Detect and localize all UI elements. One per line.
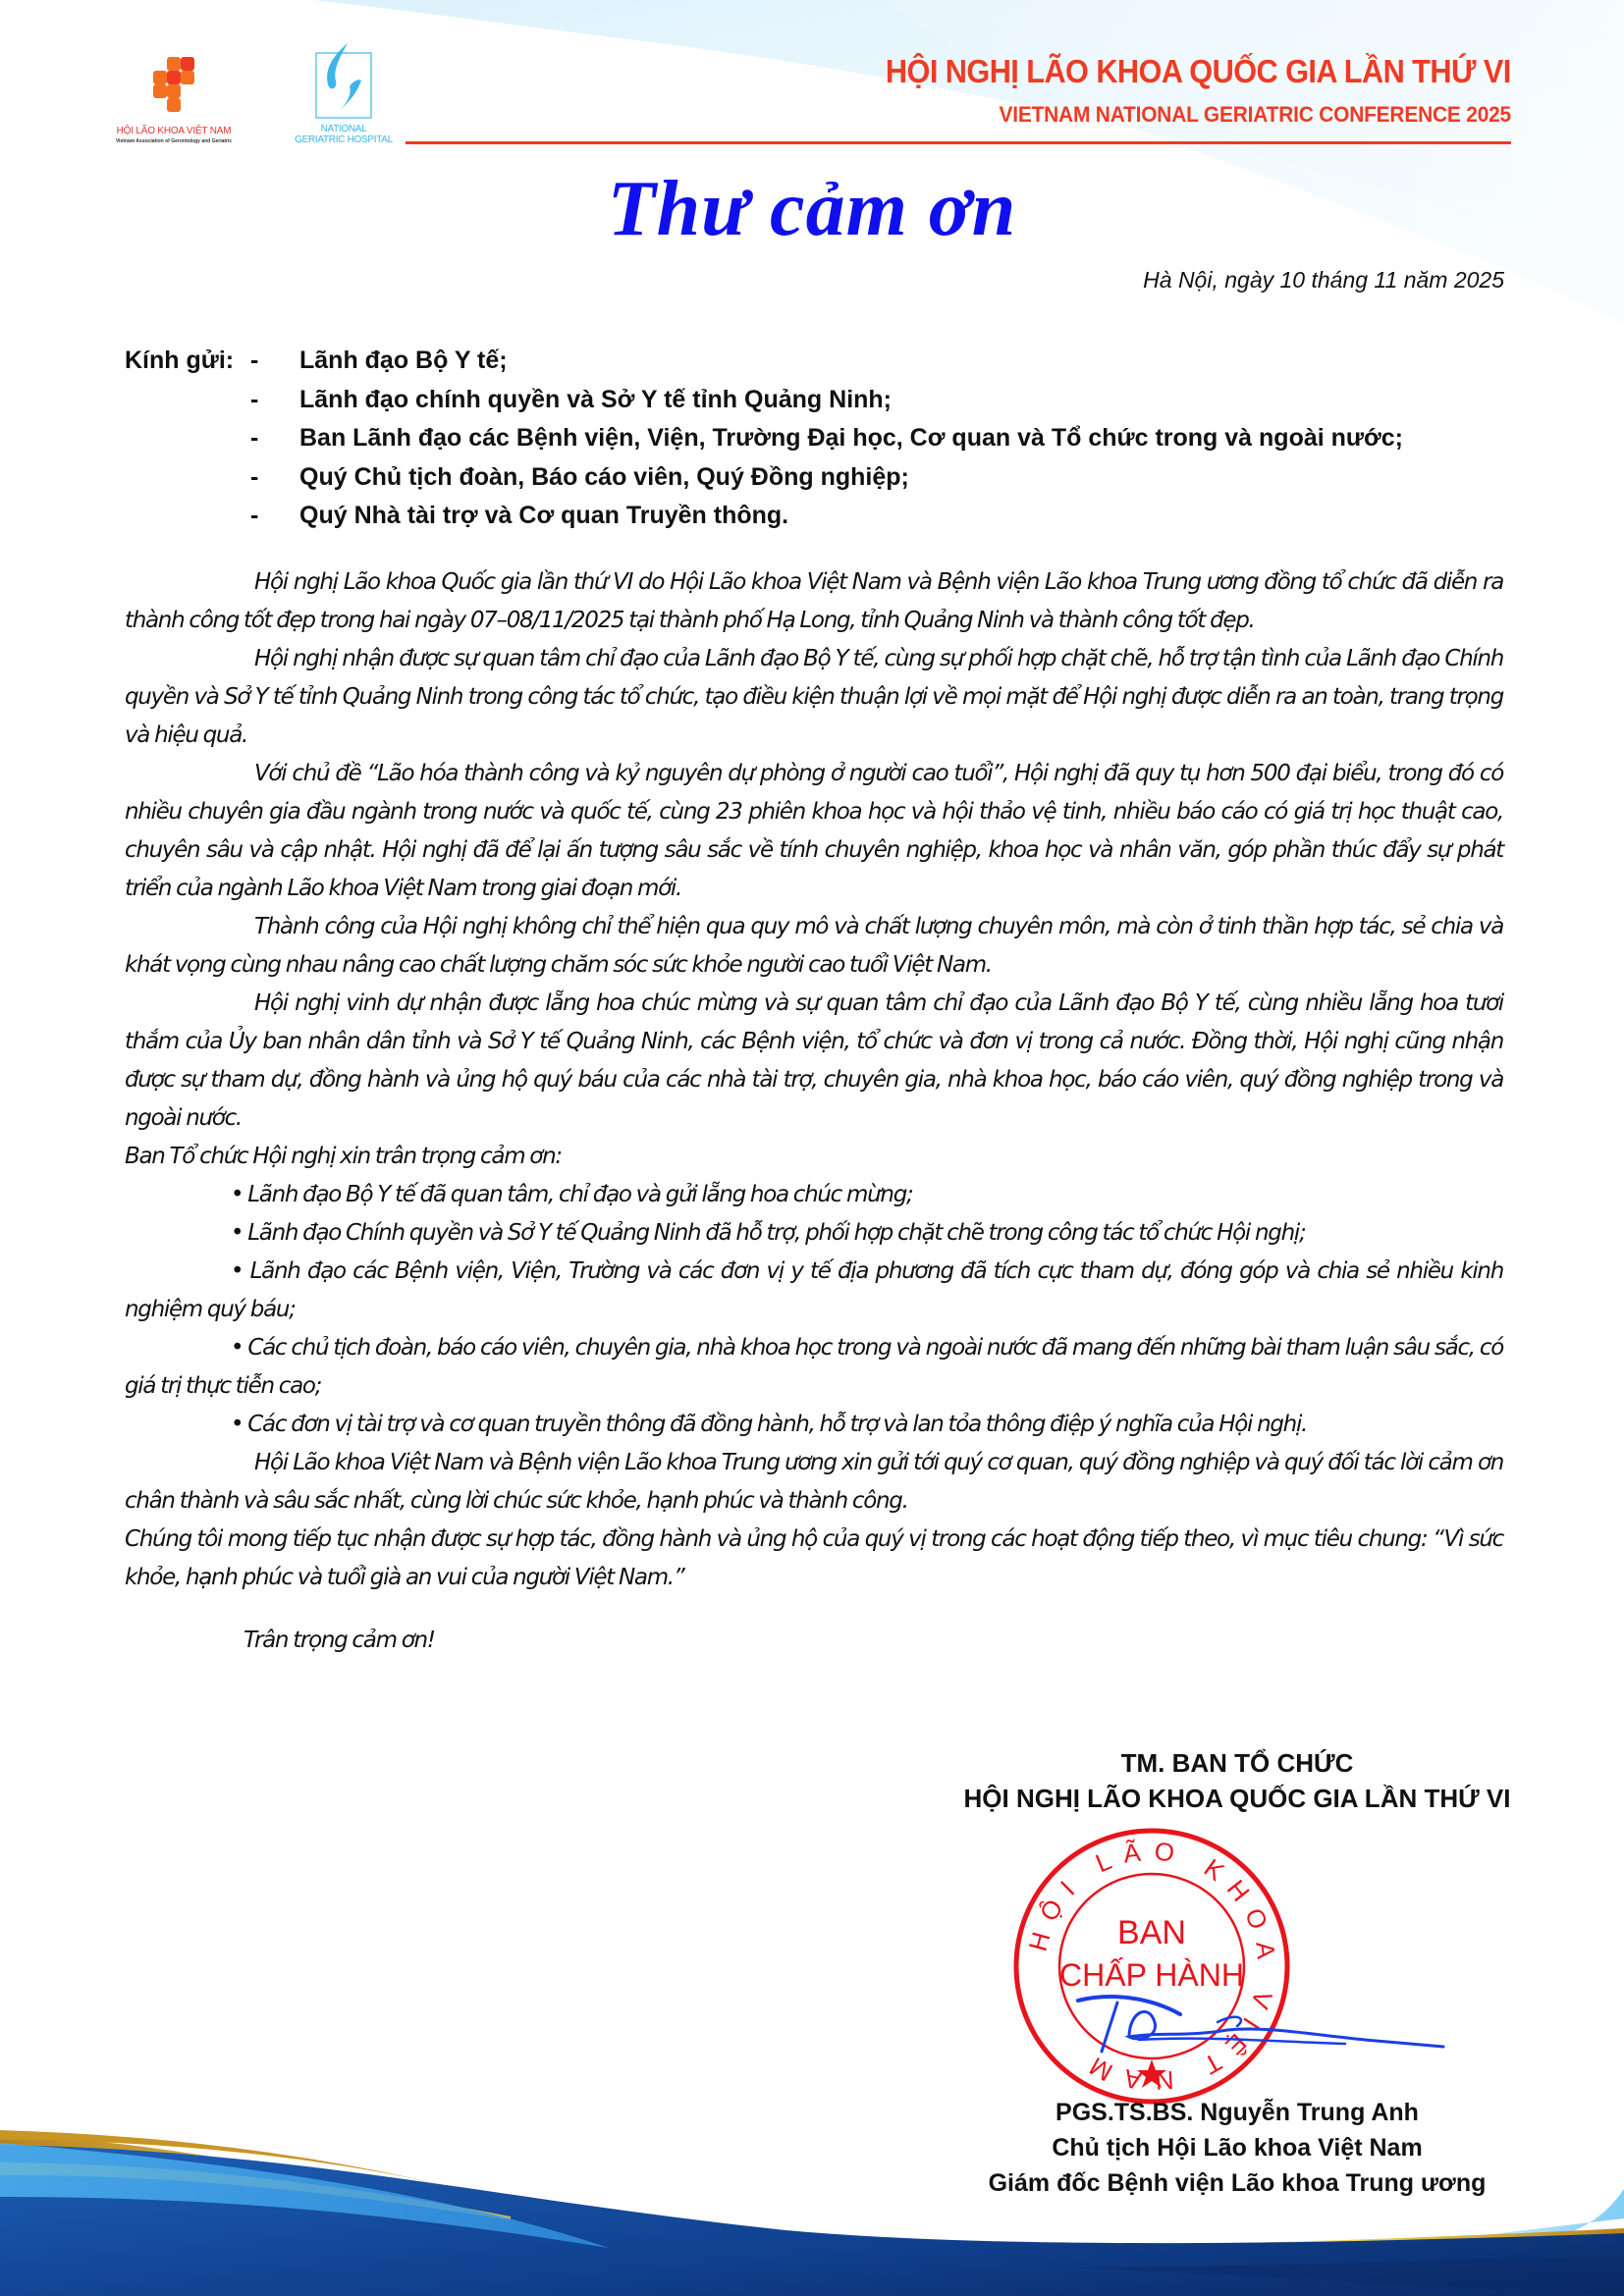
recipient-row: - Lãnh đạo chính quyền và Sở Y tế tỉnh Q… bbox=[125, 385, 1539, 424]
thanks-item-text: Lãnh đạo các Bệnh viện, Viện, Trường và … bbox=[125, 1258, 1503, 1322]
signer-block: PGS.TS.BS. Nguyễn Trung Anh Chủ tịch Hội… bbox=[923, 2095, 1551, 2201]
recipient-item: Quý Nhà tài trợ và Cơ quan Truyền thông. bbox=[299, 501, 788, 530]
header-divider bbox=[406, 141, 1511, 144]
final-paragraph-2: Chúng tôi mong tiếp tục nhận được sự hợp… bbox=[125, 1521, 1503, 1597]
body-paragraph: Hội nghị Lão khoa Quốc gia lần thứ VI do… bbox=[125, 563, 1503, 640]
national-geriatric-hospital-logo: NATIONAL GERIATRIC HOSPITAL bbox=[295, 41, 393, 149]
hospital-logo-name-line2: GERIATRIC HOSPITAL bbox=[295, 134, 393, 145]
vagg-logo-name: HỘI LÃO KHOA VIỆT NAM bbox=[110, 126, 238, 136]
bullet-marker: • bbox=[231, 1335, 243, 1361]
recipient-marker: - bbox=[250, 346, 258, 375]
hospital-logo-name: NATIONAL GERIATRIC HOSPITAL bbox=[295, 124, 393, 145]
recipient-row: - Quý Nhà tài trợ và Cơ quan Truyền thôn… bbox=[125, 501, 1539, 540]
vagg-logo: HỘI LÃO KHOA VIỆT NAM Vietnam Associatio… bbox=[110, 57, 238, 145]
thanks-item: • Lãnh đạo Bộ Y tế đã quan tâm, chỉ đạo … bbox=[125, 1176, 1503, 1214]
recipient-item: Lãnh đạo Bộ Y tế; bbox=[299, 346, 508, 375]
recipient-marker: - bbox=[250, 501, 258, 530]
vagg-logo-subtitle: Vietnam Association of Gerontology and G… bbox=[110, 138, 238, 144]
body-paragraph: Thành công của Hội nghị không chỉ thể hi… bbox=[125, 908, 1503, 985]
bullet-marker: • bbox=[231, 1412, 243, 1437]
thanks-item: • Lãnh đạo Chính quyền và Sở Y tế Quảng … bbox=[125, 1214, 1503, 1253]
thanks-item-text: Các chủ tịch đoàn, báo cáo viên, chuyên … bbox=[125, 1335, 1503, 1399]
recipient-row: - Ban Lãnh đạo các Bệnh viện, Viện, Trườ… bbox=[125, 423, 1539, 462]
stamp-center-line1: BAN bbox=[1117, 1914, 1186, 1951]
letter-title: Thư cảm ơn bbox=[0, 165, 1624, 254]
letter-date: Hà Nội, ngày 10 tháng 11 năm 2025 bbox=[1143, 267, 1504, 294]
body-paragraph: Hội nghị vinh dự nhận được lẵng hoa chúc… bbox=[125, 985, 1503, 1138]
body-paragraph: Với chủ đề “Lão hóa thành công và kỷ ngu… bbox=[125, 755, 1503, 908]
recipient-marker: - bbox=[250, 462, 258, 492]
thanks-item: • Các đơn vị tài trợ và cơ quan truyền t… bbox=[125, 1406, 1503, 1444]
organization-line: HỘI NGHỊ LÃO KHOA QUỐC GIA LẦN THỨ VI bbox=[923, 1781, 1551, 1816]
hospital-swirl-logo-icon bbox=[314, 41, 373, 120]
signer-name: PGS.TS.BS. Nguyễn Trung Anh bbox=[923, 2095, 1551, 2130]
recipient-item: Lãnh đạo chính quyền và Sở Y tế tỉnh Quả… bbox=[299, 385, 892, 414]
thanks-item-text: Lãnh đạo Chính quyền và Sở Y tế Quảng Ni… bbox=[247, 1220, 1305, 1246]
vagg-cross-logo-icon bbox=[147, 57, 202, 112]
recipient-marker: - bbox=[250, 423, 258, 453]
bullet-marker: • bbox=[231, 1220, 243, 1246]
final-paragraph: Hội Lão khoa Việt Nam và Bệnh viện Lão k… bbox=[125, 1444, 1503, 1521]
body-paragraph: Hội nghị nhận được sự quan tâm chỉ đạo c… bbox=[125, 640, 1503, 755]
thanks-item: • Các chủ tịch đoàn, báo cáo viên, chuyê… bbox=[125, 1329, 1503, 1406]
official-stamp: HỘI LÃO KHOA VIỆT NAM BAN CHẤP HÀNH bbox=[1009, 1824, 1294, 2109]
recipient-marker: - bbox=[250, 385, 258, 414]
conference-subtitle: VIETNAM NATIONAL GERIATRIC CONFERENCE 20… bbox=[999, 102, 1511, 128]
thanks-item-text: Lãnh đạo Bộ Y tế đã quan tâm, chỉ đạo và… bbox=[247, 1182, 912, 1207]
bullet-marker: • bbox=[231, 1258, 243, 1284]
thanks-intro: Ban Tổ chức Hội nghị xin trân trọng cảm … bbox=[125, 1138, 1503, 1176]
signer-title-1: Chủ tịch Hội Lão khoa Việt Nam bbox=[923, 2130, 1551, 2165]
recipients-list: Kính gửi: - Lãnh đạo Bộ Y tế; - Lãnh đạo… bbox=[125, 346, 1539, 540]
recipient-row: - Quý Chủ tịch đoàn, Báo cáo viên, Quý Đ… bbox=[125, 462, 1539, 502]
hospital-logo-name-line1: NATIONAL bbox=[295, 124, 393, 134]
letter-body: Hội nghị Lão khoa Quốc gia lần thứ VI do… bbox=[125, 563, 1503, 1660]
signature-heading: TM. BAN TỔ CHỨC HỘI NGHỊ LÃO KHOA QUỐC G… bbox=[923, 1745, 1551, 1816]
bullet-marker: • bbox=[231, 1182, 243, 1207]
closing-line: Trân trọng cảm ơn! bbox=[125, 1622, 1503, 1660]
signer-title-2: Giám đốc Bệnh viện Lão khoa Trung ương bbox=[923, 2165, 1551, 2201]
thanks-item-text: Các đơn vị tài trợ và cơ quan truyền thô… bbox=[247, 1412, 1307, 1437]
conference-title: HỘI NGHỊ LÃO KHOA QUỐC GIA LẦN THỨ VI bbox=[886, 53, 1511, 90]
recipient-item: Quý Chủ tịch đoàn, Báo cáo viên, Quý Đồn… bbox=[299, 462, 909, 492]
stamp-center-line2: CHẤP HÀNH bbox=[1059, 1957, 1244, 1993]
handwritten-signature bbox=[1070, 1993, 1453, 2061]
thanks-item: • Lãnh đạo các Bệnh viện, Viện, Trường v… bbox=[125, 1253, 1503, 1329]
recipients-label: Kính gửi: bbox=[125, 346, 234, 375]
on-behalf-line: TM. BAN TỔ CHỨC bbox=[923, 1745, 1551, 1781]
recipient-row: Kính gửi: - Lãnh đạo Bộ Y tế; bbox=[125, 346, 1539, 385]
recipient-item: Ban Lãnh đạo các Bệnh viện, Viện, Trường… bbox=[299, 423, 1403, 453]
